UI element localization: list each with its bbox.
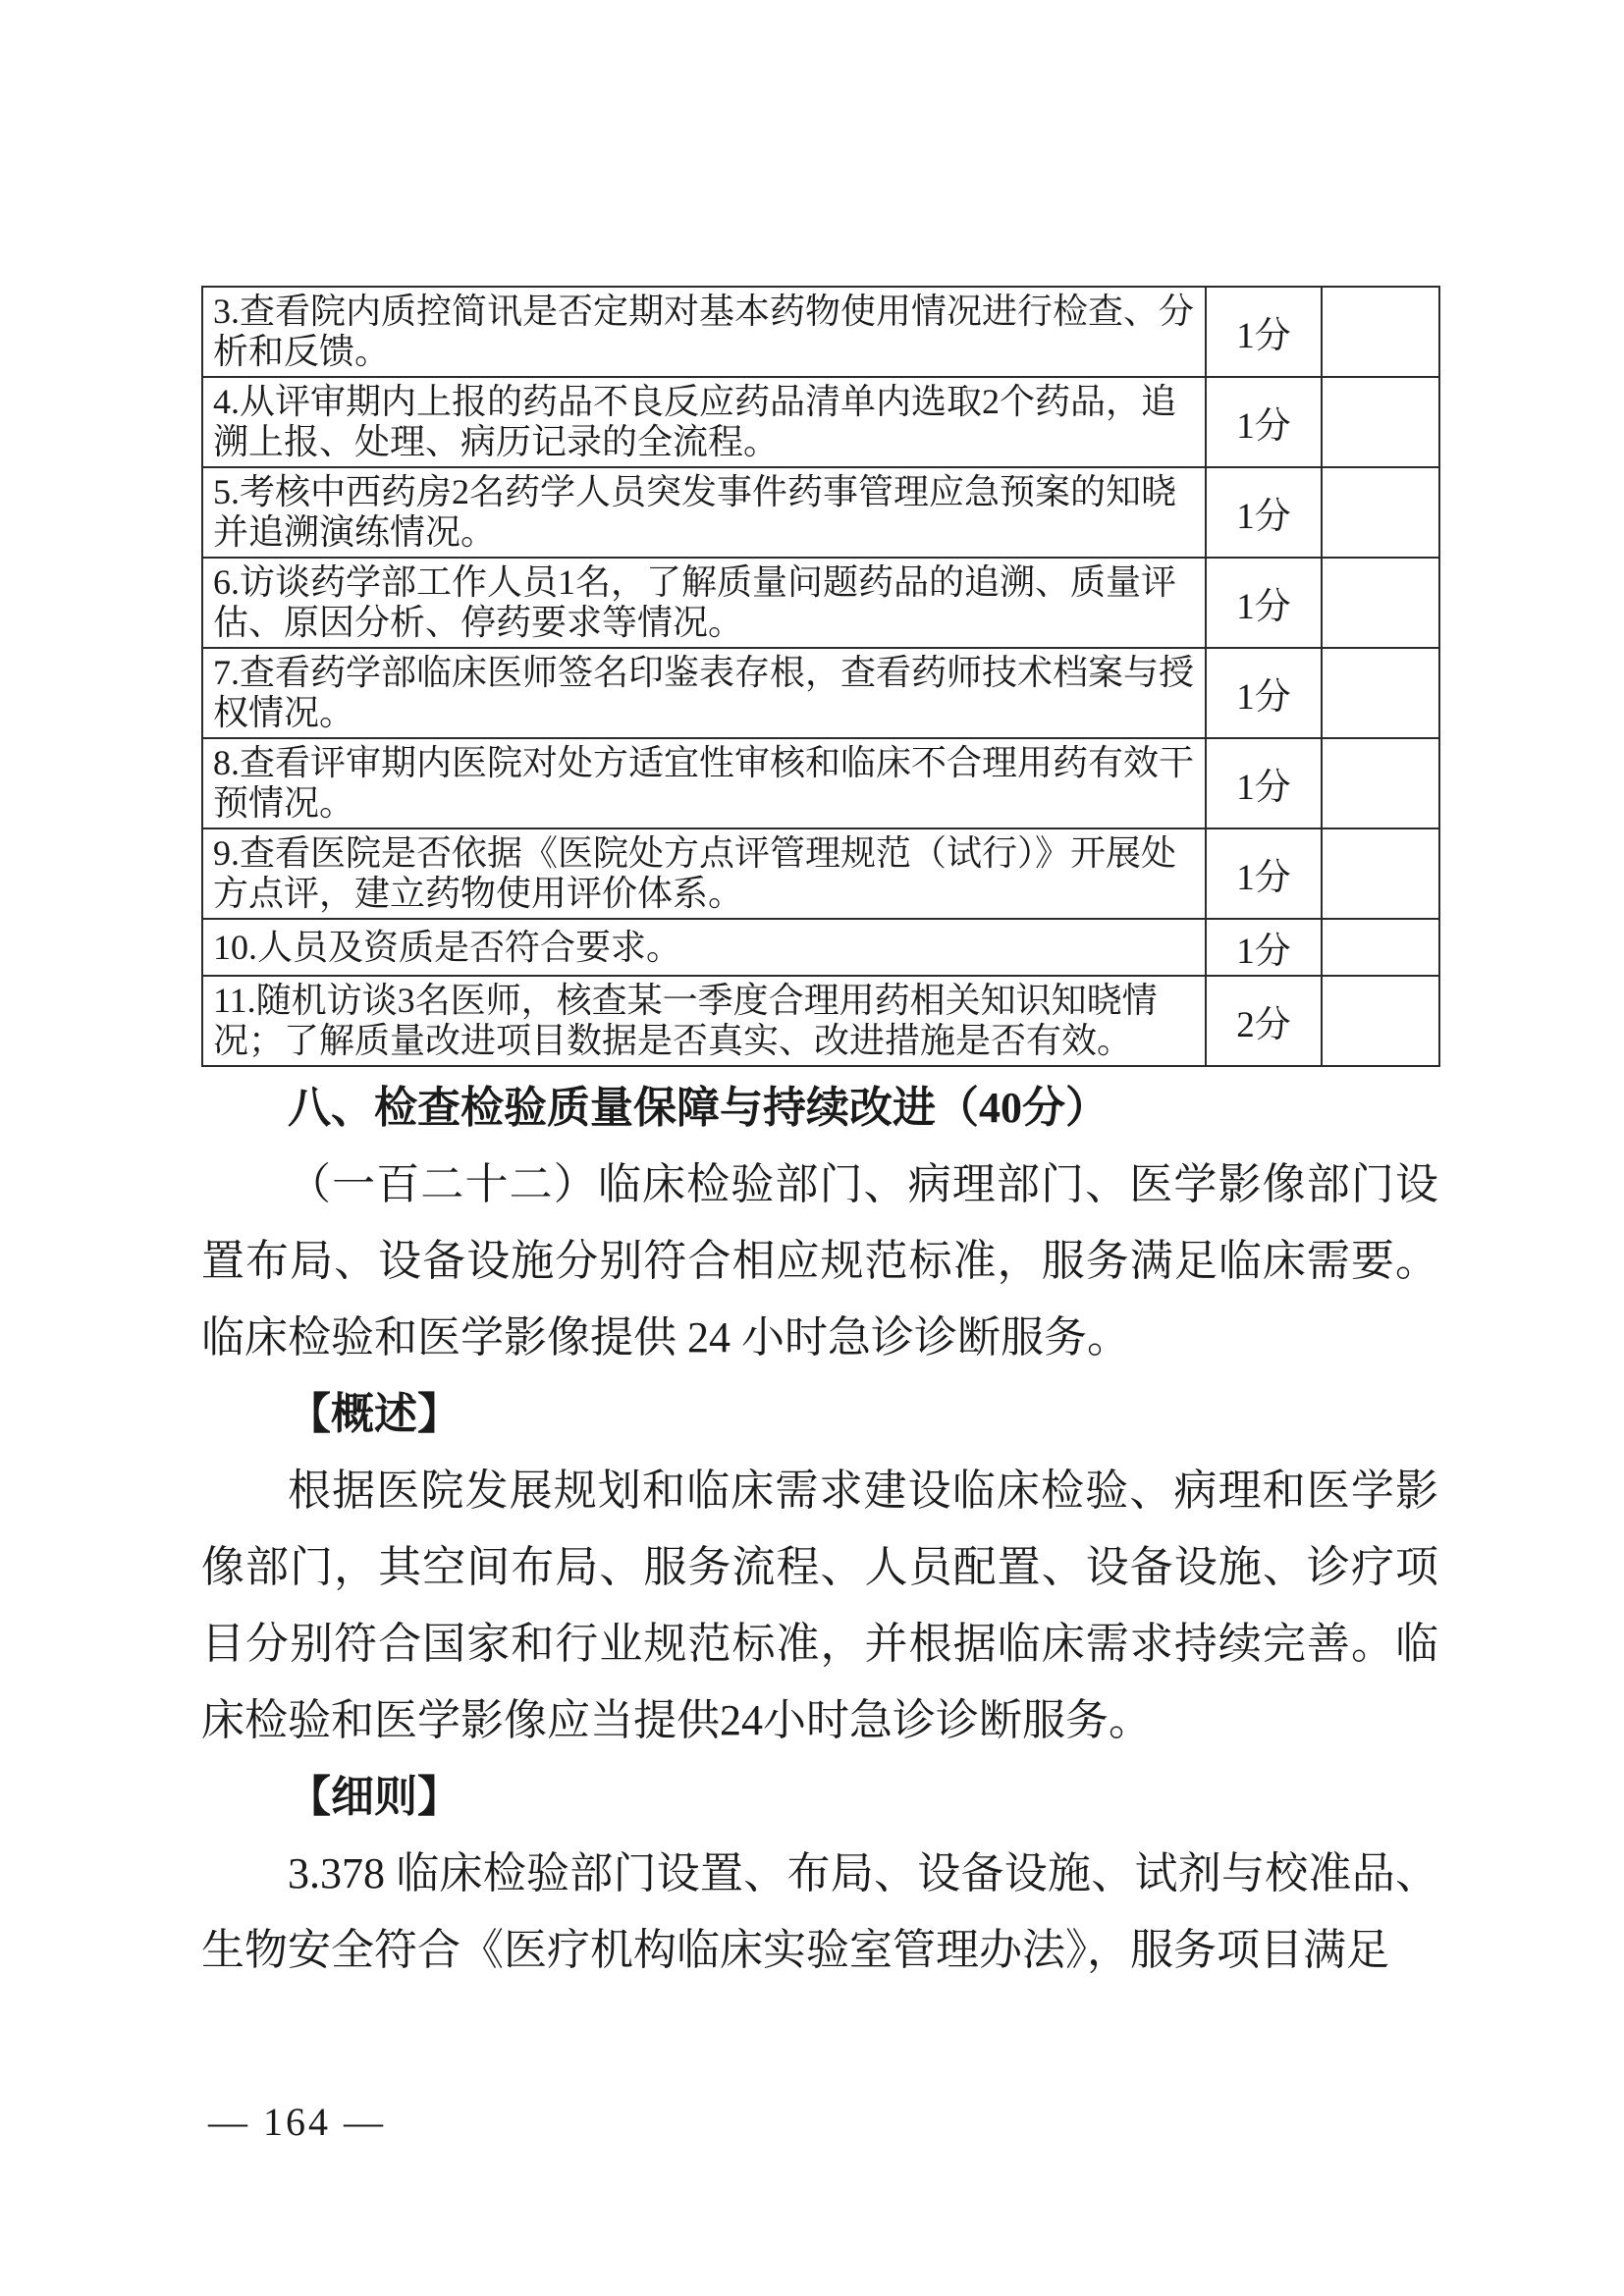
criterion-text: 4.从评审期内上报的药品不良反应药品清单内选取2个药品，追溯上报、处理、病历记录… (202, 377, 1206, 467)
table-row: 3.查看院内质控简讯是否定期对基本药物使用情况进行检查、分析和反馈。 1分 (202, 287, 1439, 377)
table-row: 6.访谈药学部工作人员1名，了解质量问题药品的追溯、质量评估、原因分析、停药要求… (202, 558, 1439, 648)
criteria-table: 3.查看院内质控简讯是否定期对基本药物使用情况进行检查、分析和反馈。 1分 4.… (201, 286, 1440, 1067)
score-value: 1分 (1206, 648, 1322, 738)
remark-cell-empty (1322, 828, 1439, 919)
rule-paragraph: 3.378 临床检验部门设置、布局、设备设施、试剂与校准品、生物安全符合《医疗机… (201, 1836, 1438, 1989)
table-row: 11.随机访谈3名医师，核查某一季度合理用药相关知识知晓情况；了解质量改进项目数… (202, 976, 1439, 1066)
criterion-text: 7.查看药学部临床医师签名印鉴表存根，查看药师技术档案与授权情况。 (202, 648, 1206, 738)
score-value: 1分 (1206, 467, 1322, 558)
section-heading: 八、检查检验质量保障与持续改进（40分） (201, 1070, 1438, 1147)
rules-label: 【细则】 (201, 1759, 1438, 1836)
criterion-text: 11.随机访谈3名医师，核查某一季度合理用药相关知识知晓情况；了解质量改进项目数… (202, 976, 1206, 1066)
score-value: 1分 (1206, 828, 1322, 919)
score-value: 1分 (1206, 738, 1322, 828)
page-number: — 164 — (208, 2099, 386, 2145)
overview-label: 【概述】 (201, 1376, 1438, 1453)
body-content: 八、检查检验质量保障与持续改进（40分） （一百二十二）临床检验部门、病理部门、… (201, 1070, 1438, 1989)
table-row: 4.从评审期内上报的药品不良反应药品清单内选取2个药品，追溯上报、处理、病历记录… (202, 377, 1439, 467)
remark-cell-empty (1322, 976, 1439, 1066)
remark-cell-empty (1322, 467, 1439, 558)
table-row: 9.查看医院是否依据《医院处方点评管理规范（试行）》开展处方点评，建立药物使用评… (202, 828, 1439, 919)
table-row: 8.查看评审期内医院对处方适宜性审核和临床不合理用药有效干预情况。 1分 (202, 738, 1439, 828)
criteria-table-body: 3.查看院内质控简讯是否定期对基本药物使用情况进行检查、分析和反馈。 1分 4.… (202, 287, 1439, 1066)
criterion-text: 8.查看评审期内医院对处方适宜性审核和临床不合理用药有效干预情况。 (202, 738, 1206, 828)
table-row: 5.考核中西药房2名药学人员突发事件药事管理应急预案的知晓并追溯演练情况。 1分 (202, 467, 1439, 558)
criterion-text: 6.访谈药学部工作人员1名，了解质量问题药品的追溯、质量评估、原因分析、停药要求… (202, 558, 1206, 648)
score-value: 1分 (1206, 558, 1322, 648)
remark-cell-empty (1322, 738, 1439, 828)
remark-cell-empty (1322, 287, 1439, 377)
table-row: 10.人员及资质是否符合要求。 1分 (202, 919, 1439, 976)
remark-cell-empty (1322, 919, 1439, 976)
overview-paragraph: 根据医院发展规划和临床需求建设临床检验、病理和医学影像部门，其空间布局、服务流程… (201, 1453, 1438, 1759)
score-value: 1分 (1206, 377, 1322, 467)
criterion-text: 10.人员及资质是否符合要求。 (202, 919, 1206, 976)
clause-paragraph: （一百二十二）临床检验部门、病理部门、医学影像部门设置布局、设备设施分别符合相应… (201, 1147, 1438, 1376)
criterion-text: 9.查看医院是否依据《医院处方点评管理规范（试行）》开展处方点评，建立药物使用评… (202, 828, 1206, 919)
document-page: 3.查看院内质控简讯是否定期对基本药物使用情况进行检查、分析和反馈。 1分 4.… (0, 0, 1624, 2296)
criterion-text: 3.查看院内质控简讯是否定期对基本药物使用情况进行检查、分析和反馈。 (202, 287, 1206, 377)
score-value: 1分 (1206, 919, 1322, 976)
score-value: 2分 (1206, 976, 1322, 1066)
score-value: 1分 (1206, 287, 1322, 377)
remark-cell-empty (1322, 558, 1439, 648)
criterion-text: 5.考核中西药房2名药学人员突发事件药事管理应急预案的知晓并追溯演练情况。 (202, 467, 1206, 558)
remark-cell-empty (1322, 648, 1439, 738)
table-row: 7.查看药学部临床医师签名印鉴表存根，查看药师技术档案与授权情况。 1分 (202, 648, 1439, 738)
remark-cell-empty (1322, 377, 1439, 467)
